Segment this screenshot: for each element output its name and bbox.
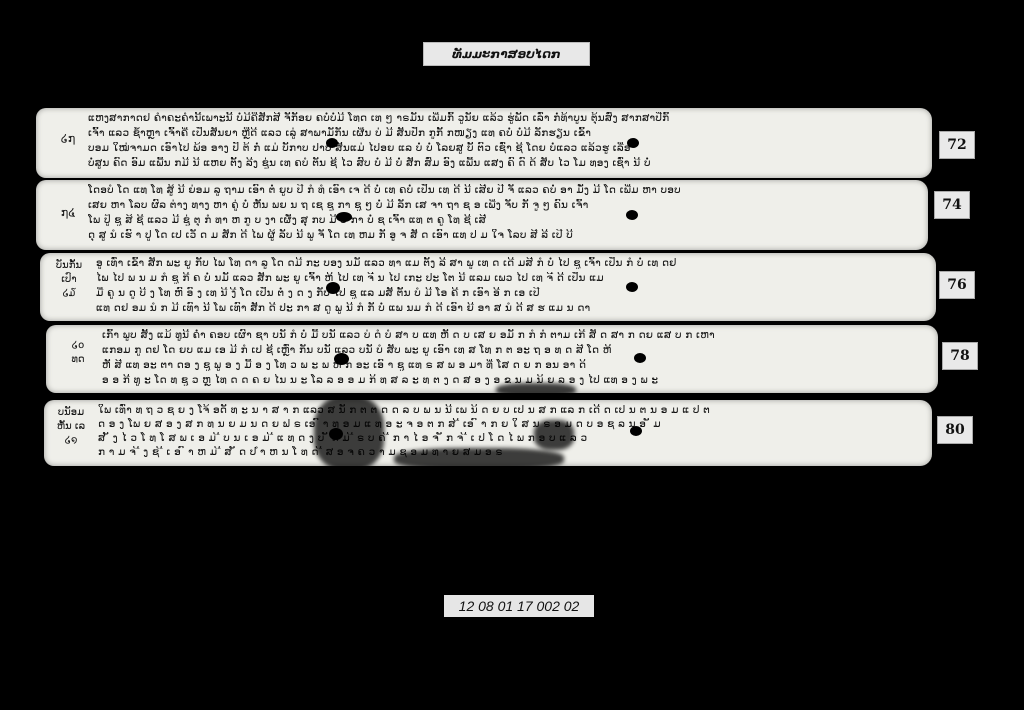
catalog-id-label: 12 08 01 17 002 02 (444, 595, 594, 617)
leaf-number-label: 74 (934, 191, 970, 219)
text-row: ດຸ ສູ ນໍ ເຮົ າ ປູ ໂດ ເປ ເວັ ດ ມ ສັກ ດີ ໄ… (88, 229, 888, 241)
leaf-number-label: 78 (942, 342, 978, 370)
binding-hole (627, 138, 639, 148)
text-row: ອ ອ ກີ ທູ ະ ໂດ ທ ຊູ ວ ຫຼ ໄທ ດ ດ ຄ ຍ ໄນ ນ… (102, 374, 898, 386)
binding-hole (634, 353, 646, 363)
text-row: ເກົ້າ ພູບ ສັ້ງ ແມ້ ທູນີ ຄ່ຳ ຄອບ ເຜົາ ຊາ … (102, 329, 898, 341)
palm-leaf-76: ບັນກັ້ນ ເປົາ ໒໓ ອູ ເທົ່າ ເຂົ້າ ສັກ ພະ ຍູ… (40, 253, 936, 321)
binding-hole (326, 138, 338, 148)
leaf-damage (534, 420, 574, 450)
text-row: ດ ອ ງ ໂພ ຍ ສ ອ ງ ສ ກ ທ ນ ຍ ມ ນ ດ ຍ ຟ ຣ ເ… (98, 418, 892, 430)
leaf-damage (314, 400, 384, 466)
text-row: ອູ ເທົ່າ ເຂົ້າ ສັກ ພະ ຍູ ກັບ ໄພ ໂທ ດາ ລູ… (96, 257, 896, 269)
binding-hole (626, 210, 638, 220)
palm-leaf-74: ໗໔ ໂດອບໍ ໂດ ແທ ໂທ ສູ້ ນີ ຍ່ອມ ລູ ຖາມ ເອົ… (36, 180, 928, 250)
manuscript-title-label: ທັມມະກາສອບໄດກ (423, 42, 590, 66)
text-row: ໃພ ເທົ່າ ທ ຖ ວ ຊ ຍ ງ ໂຈ້ ອດັ ທ ະ ນ າ ສ າ… (98, 404, 892, 416)
binding-hole (326, 282, 340, 294)
text-row: ເຈົ້າ ແລວ ຊ້ຳຫຼາ ເຈົ້າຄີ່ ເປັນສັນຍາ ຫຼືດ… (88, 127, 882, 139)
leaf-number-label: 76 (939, 271, 975, 299)
binding-hole (336, 212, 352, 222)
text-row: ມື່ ຄູ ນ ດູ ບີ ງ ໂທ ຫົ ອົ ງ ເທ ນີ ງີ ໂດ … (96, 287, 896, 299)
binding-hole (334, 353, 349, 365)
binding-hole (329, 428, 343, 440)
leaf-number-label: 72 (939, 131, 975, 159)
palm-leaf-78: ໒໐ ທດ ເກົ້າ ພູບ ສັ້ງ ແມ້ ທູນີ ຄ່ຳ ຄອບ ເຜ… (46, 325, 938, 393)
text-row: ຫັ ສີ ແທ ອະ ຕາ ດອ ງ ຊູ ພູ ອ ງ ມື້ ອ ງ ໂທ… (102, 359, 898, 371)
palm-leaf-72: ໒໗ ແຫງສາກາດຢ ຄຳຄະຄຳນີ້ເພາະນີ້ ບໍ່ມີຄືສັກ… (36, 108, 932, 178)
text-row: ໂດອບໍ ໂດ ແທ ໂທ ສູ້ ນີ ຍ່ອມ ລູ ຖາມ ເອົາ ຕ… (88, 184, 888, 196)
leaf-margin-note: ບັນກັ້ນ ເປົາ ໒໓ (48, 259, 90, 301)
text-row: ສ ັ ງ ໄ ວ ໂ ທ ໂ ສ ພ ເ ອ ມ ີ ບ ນ ເ ອ ມ ີ … (98, 432, 892, 444)
text-row: ແກອມ ກູ ດຢ ໂດ ຍບ ແມ ເອ ມີ ກໍ ເປ ຊີ ເຫຼົ່… (102, 344, 898, 356)
binding-hole (630, 426, 642, 436)
text-row: ແທ ດຢ ອມ ນໍ ກ ມີ ເທົາ ນີ ໂພ ເທົາ ສັກ ດີ … (96, 302, 896, 314)
text-row: ໄພ ໄປ ພ ນ ມ ກໍ ຊູ ກີ ຄ ບໍ່ ນມັ ແລວ ສັກ ພ… (96, 272, 896, 284)
text-row: ໂພ ປູ້ ຊູ ສິ ຊີ ແລວ ມີ ຊູ່ ຕຸ ກໍ ທາ ຫ ກູ… (88, 214, 888, 226)
leaf-margin-note: ໗໔ (50, 207, 86, 219)
text-row: ເສຍ ຫາ ໂລບ ຜົລ ຕ່າງ ທາງ ຫາ ຄູ່ ບໍ່ ຫັ້ນ … (88, 199, 888, 211)
palm-leaf-80: ບນັອມ ຫັ້ນ ເລ ໒໑ ໃພ ເທົ່າ ທ ຖ ວ ຊ ຍ ງ ໂຈ… (44, 400, 932, 466)
leaf-damage (394, 448, 564, 466)
leaf-margin-note: ໒໗ (50, 133, 86, 145)
binding-hole (626, 282, 638, 292)
leaf-margin-note: ບນັອມ ຫັ້ນ ເລ ໒໑ (48, 406, 94, 448)
leaf-number-label: 80 (937, 416, 973, 444)
leaf-margin-note: ໒໐ ທດ (58, 339, 98, 367)
text-row: ບອມ ໃໝ່ຈາມດ ເອົາໄປ ພ້ອ ອາງ ປົ້ ຕ້ ກໍ່ ແມ… (88, 142, 882, 154)
text-row: ບໍ່ສູນ ຄົດ ອົມ ແພື້ນ ກມີ ນີ ແຫຍ ຕັ້ງ ລີງ… (88, 157, 882, 169)
leaf-damage (496, 383, 576, 393)
text-row: ແຫງສາກາດຢ ຄຳຄະຄຳນີ້ເພາະນີ້ ບໍ່ມີຄືສັກສີ … (88, 112, 882, 124)
